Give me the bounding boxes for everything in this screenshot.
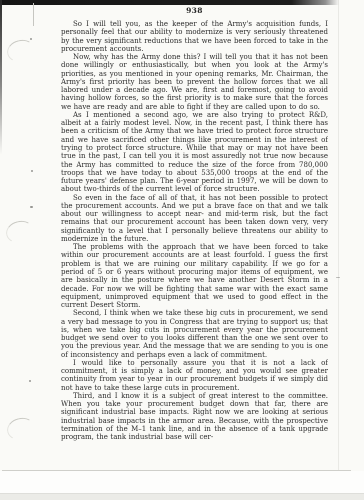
paragraph: Now, why has the Army done this? I will …	[61, 53, 328, 111]
scan-artifact-line	[33, 3, 34, 26]
scan-speck	[31, 170, 33, 172]
text-column: So I will tell you, as the keeper of the…	[61, 20, 328, 469]
paragraph: As I mentioned a second ago, we are also…	[61, 111, 328, 194]
paragraph: So even in the face of all of that, it h…	[61, 194, 328, 244]
scanned-page: 938 So I will tell you, as the keeper of…	[0, 0, 364, 500]
scan-speck	[29, 380, 31, 382]
scan-edge-bar	[0, 0, 339, 5]
paragraph: Second, I think when we take these big c…	[61, 309, 328, 359]
next-page-edge	[0, 493, 364, 500]
paragraph: The problems with the approach that we h…	[61, 243, 328, 309]
page-number: 938	[61, 6, 328, 15]
paragraph: So I will tell you, as the keeper of the…	[61, 20, 328, 53]
scan-speck	[30, 38, 32, 40]
page-right-edge	[338, 0, 339, 470]
scan-left-edge	[0, 0, 2, 155]
scan-speck	[336, 277, 340, 278]
scan-speck	[30, 206, 33, 208]
paragraph: I would like to personally assure you th…	[61, 359, 328, 392]
paragraph: Third, and I know it is a subject of gre…	[61, 392, 328, 442]
